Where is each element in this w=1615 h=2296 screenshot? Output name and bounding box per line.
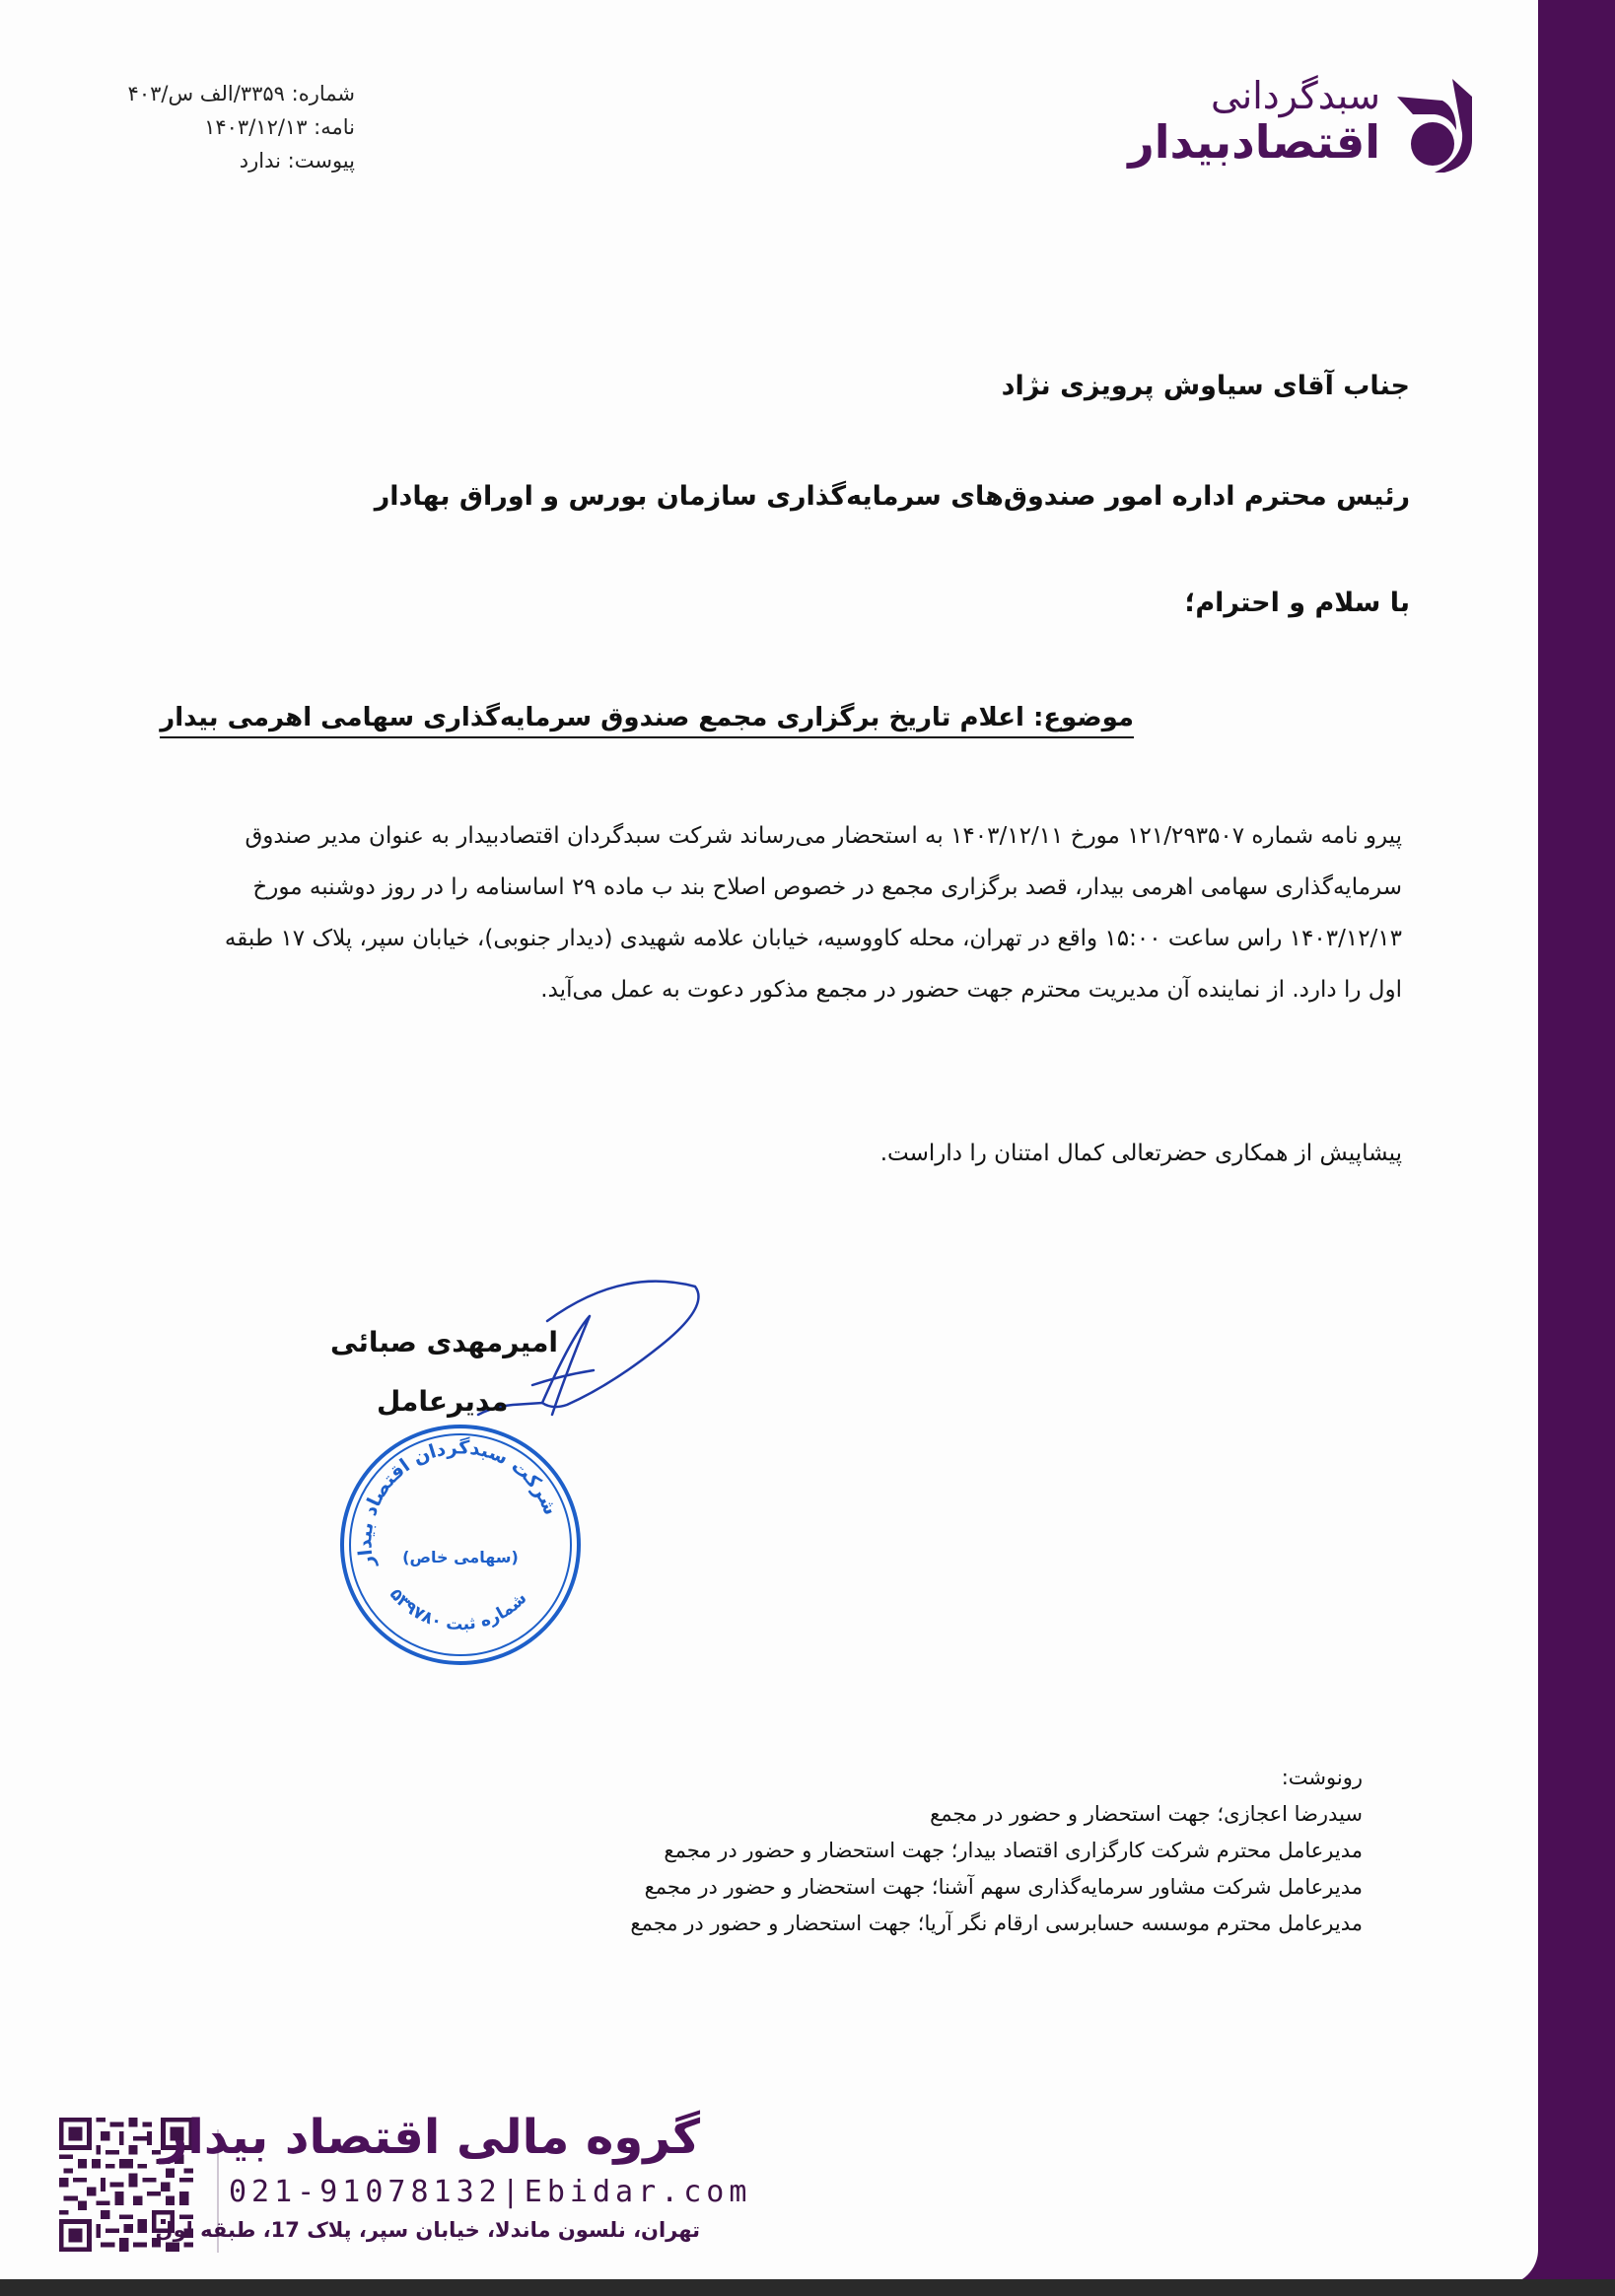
stamp-inner-text: (سهامی خاص) xyxy=(402,1548,519,1566)
footer-address: تهران، نلسون ماندلا، خیابان سپر، پلاک 17… xyxy=(227,2218,700,2242)
letter-date-value: ۱۴۰۳/۱۲/۱۳ xyxy=(204,115,307,139)
scan-bottom-edge xyxy=(0,2279,1615,2296)
letter-date: نامه: ۱۴۰۳/۱۲/۱۳ xyxy=(158,110,355,144)
cc-label: رونوشت: xyxy=(574,1760,1363,1796)
signatory-name: امیرمهدی صبائی xyxy=(330,1326,558,1358)
letter-body: پیرو نامه شماره ۱۲۱/۲۹۳۵۰۷ مورخ ۱۴۰۳/۱۲/… xyxy=(251,810,1402,1015)
cc-item: مدیرعامل شرکت مشاور سرمایه‌گذاری سهم آشن… xyxy=(574,1869,1363,1906)
closing-sentence: پیشاپیش از همکاری حضرتعالی کمال امتنان ر… xyxy=(880,1141,1402,1166)
recipient-title: رئیس محترم اداره امور صندوق‌های سرمایه‌گ… xyxy=(227,481,1410,512)
letter-page: شماره: ۳۳۵۹/الف س/۴۰۳ نامه: ۱۴۰۳/۱۲/۱۳ پ… xyxy=(0,0,1538,2285)
logo-text-line2: اقتصادبیدار xyxy=(1128,115,1380,169)
letter-attachment: پیوست: ندارد xyxy=(158,144,355,177)
letter-footer: گروه مالی اقتصاد بیدار 021-91078132|Ebid… xyxy=(59,2110,700,2258)
letter-attachment-label: پیوست: xyxy=(288,149,355,173)
letter-number-label: شماره: xyxy=(292,82,355,105)
cc-list: رونوشت: سیدرضا اعجازی؛ جهت استحضار و حضو… xyxy=(574,1760,1363,1942)
footer-contact: 021-91078132|Ebidar.com xyxy=(229,2175,751,2209)
cc-item: مدیرعامل محترم شرکت کارگزاری اقتصاد بیدا… xyxy=(574,1833,1363,1869)
company-stamp: شرکت سبدگردان اقتصاد بیدار (سهامی خاص) ش… xyxy=(335,1420,587,1671)
svg-text:شماره ثبت ۵۳۹۷۸۰: شماره ثبت ۵۳۹۷۸۰ xyxy=(386,1585,530,1635)
body-line: پیرو نامه شماره ۱۲۱/۲۹۳۵۰۷ مورخ ۱۴۰۳/۱۲/… xyxy=(251,810,1402,862)
body-line: سرمایه‌گذاری سهامی اهرمی بیدار، قصد برگز… xyxy=(251,862,1402,913)
cc-item: مدیرعامل محترم موسسه حسابرسی ارقام نگر آ… xyxy=(574,1906,1363,1942)
recipient-name: جناب آقای سیاوش پرویزی نژاد xyxy=(227,371,1410,401)
stamp-icon: شرکت سبدگردان اقتصاد بیدار (سهامی خاص) ش… xyxy=(335,1420,587,1671)
footer-brand: گروه مالی اقتصاد بیدار xyxy=(227,2110,700,2165)
letter-date-label: نامه: xyxy=(314,115,355,139)
letter-number-value: ۳۳۵۹/الف س/۴۰۳ xyxy=(128,82,285,105)
signatory-title: مدیرعامل xyxy=(377,1385,508,1418)
body-line: ۱۴۰۳/۱۲/۱۳ راس ساعت ۱۵:۰۰ واقع در تهران،… xyxy=(251,913,1402,964)
ebidar-logo-icon xyxy=(1395,79,1474,173)
letter-meta: شماره: ۳۳۵۹/الف س/۴۰۳ نامه: ۱۴۰۳/۱۲/۱۳ پ… xyxy=(158,77,355,177)
letter-number: شماره: ۳۳۵۹/الف س/۴۰۳ xyxy=(158,77,355,110)
company-logo: سبدگردانی اقتصادبیدار xyxy=(1080,74,1474,173)
greeting: با سلام و احترام؛ xyxy=(227,588,1410,618)
cc-item: سیدرضا اعجازی؛ جهت استحضار و حضور در مجم… xyxy=(574,1796,1363,1833)
letter-subject: موضوع: اعلام تاریخ برگزاری مجمع صندوق سر… xyxy=(160,703,1134,738)
body-line: اول را دارد. از نماینده آن مدیریت محترم … xyxy=(251,964,1402,1015)
logo-text-line1: سبدگردانی xyxy=(1211,74,1380,117)
letter-attachment-value: ندارد xyxy=(240,149,281,173)
stamp-registration: شماره ثبت ۵۳۹۷۸۰ xyxy=(386,1585,530,1635)
